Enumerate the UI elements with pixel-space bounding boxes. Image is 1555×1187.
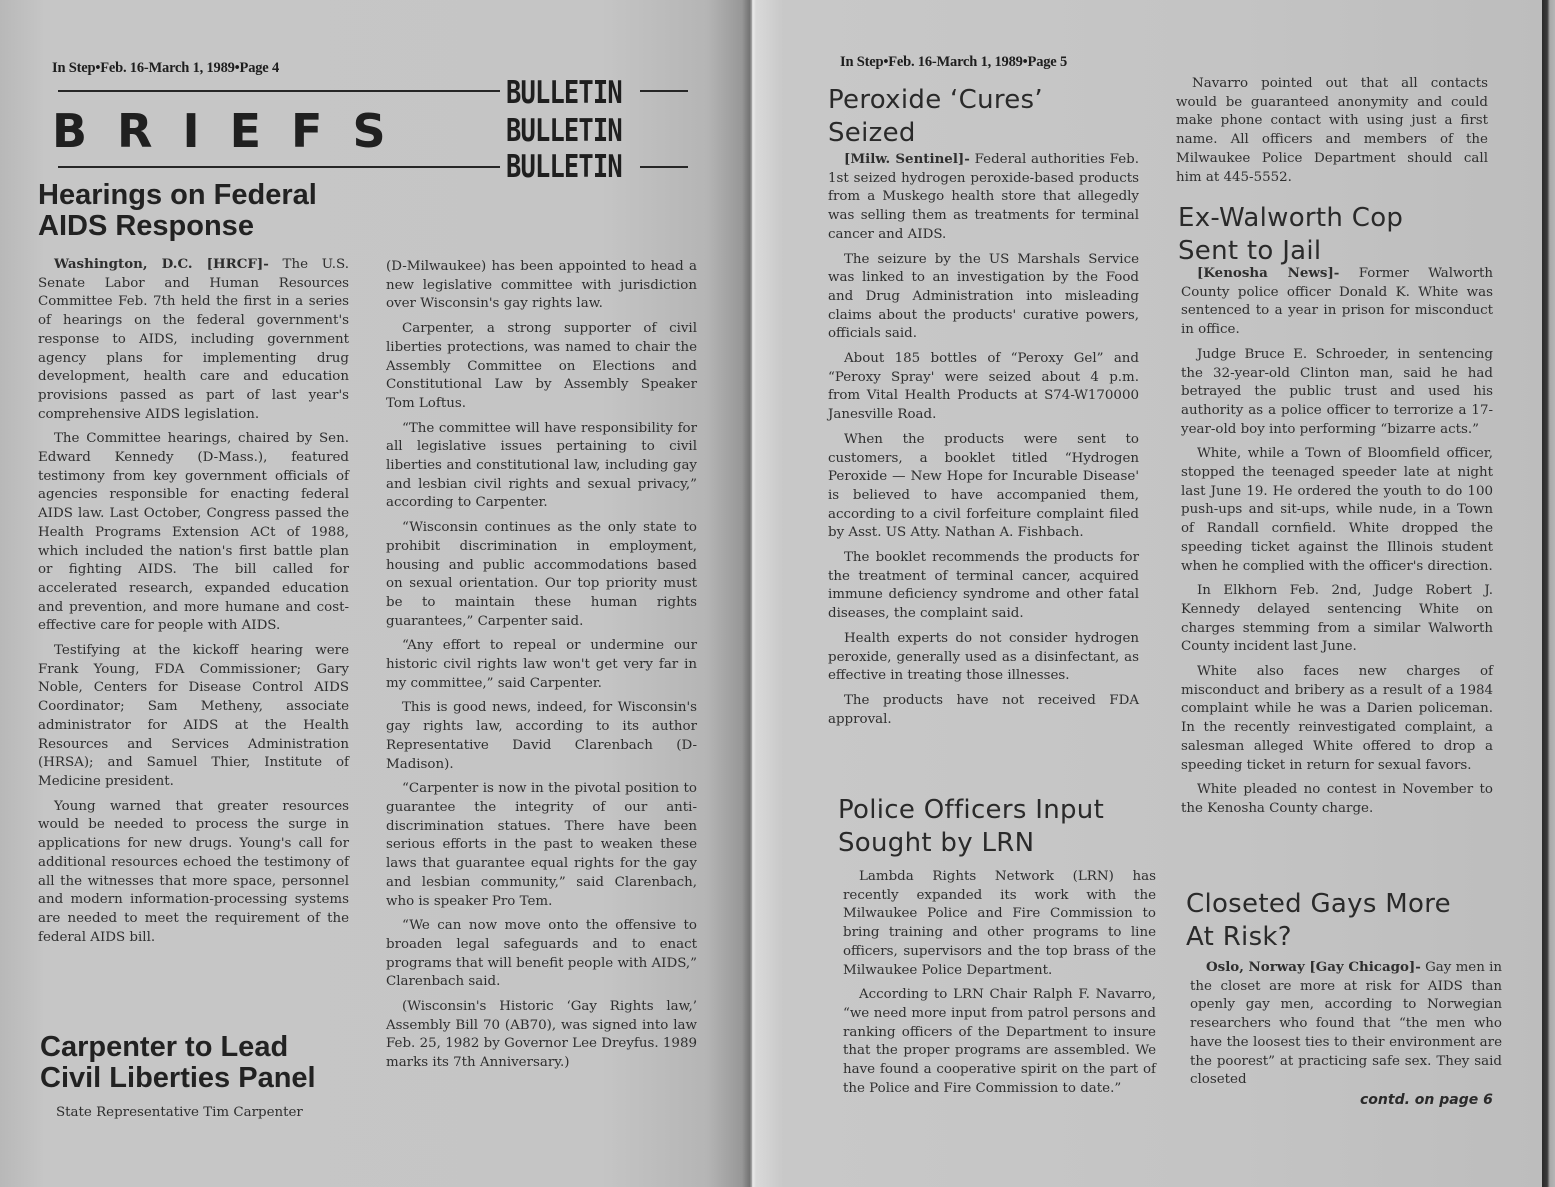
article-peroxide-body: [Milw. Sentinel]- Federal authorities Fe… xyxy=(828,150,1139,735)
headline-carpenter: Carpenter to Lead Civil Liberties Panel xyxy=(40,1032,316,1094)
newspaper-spread: In Step•Feb. 16-March 1, 1989•Page 4 BRI… xyxy=(0,0,1555,1187)
article-walworth-body: [Kenosha News]- Former Walworth County p… xyxy=(1181,264,1493,825)
bulletin-label-2: BULLETIN xyxy=(506,116,622,147)
paragraph: When the products were sent to customers… xyxy=(828,431,1139,543)
paragraph: According to LRN Chair Ralph F. Navarro,… xyxy=(843,986,1156,1098)
masthead-rule-bottom-right xyxy=(640,166,688,168)
page-edge xyxy=(1542,0,1555,1187)
paragraph: The products have not received FDA appro… xyxy=(828,692,1139,729)
section-title-briefs: BRIEFS xyxy=(52,104,416,158)
headline-police-input: Police Officers Input Sought by LRN xyxy=(838,794,1104,860)
paragraph: Oslo, Norway [Gay Chicago]- Gay men in t… xyxy=(1190,958,1502,1090)
paragraph: “The committee will have responsibility … xyxy=(386,420,697,514)
paragraph: About 185 bottles of “Peroxy Gel” and “P… xyxy=(828,350,1139,425)
paragraph: Young warned that greater resources woul… xyxy=(38,798,349,948)
continued-jump-line: contd. on page 6 xyxy=(1360,1092,1493,1108)
paragraph: Carpenter, a strong supporter of civil l… xyxy=(386,320,697,414)
paragraph: Lambda Rights Network (LRN) has recently… xyxy=(843,868,1156,980)
paragraph: This is good news, indeed, for Wisconsin… xyxy=(386,699,697,774)
headline-walworth: Ex-Walworth Cop Sent to Jail xyxy=(1178,202,1403,268)
paragraph: White pleaded no contest in November to … xyxy=(1181,781,1493,818)
masthead-rule-bottom xyxy=(58,166,500,168)
headline-hearings: Hearings on Federal AIDS Response xyxy=(38,180,317,242)
folio-page-4: In Step•Feb. 16-March 1, 1989•Page 4 xyxy=(52,60,279,77)
paragraph: Testifying at the kickoff hearing were F… xyxy=(38,642,349,792)
paragraph: Judge Bruce E. Schroeder, in sentencing … xyxy=(1181,346,1493,440)
paragraph: The seizure by the US Marshals Service w… xyxy=(828,251,1139,345)
paragraph: (D-Milwaukee) has been appointed to head… xyxy=(386,258,697,314)
article-police-body-cont: Navarro pointed out that all contacts wo… xyxy=(1176,75,1488,193)
paragraph: Washington, D.C. [HRCF]- The U.S. Senate… xyxy=(38,255,349,424)
article-carpenter-intro: State Representative Tim Carpenter xyxy=(40,1104,351,1129)
paragraph: Navarro pointed out that all contacts wo… xyxy=(1176,75,1488,187)
paragraph: White also faces new charges of miscondu… xyxy=(1181,663,1493,775)
headline-peroxide: Peroxide ‘Cures’ Seized xyxy=(828,84,1043,150)
paragraph: (Wisconsin's Historic ‘Gay Rights law,’ … xyxy=(386,998,697,1073)
article-hearings-body: Washington, D.C. [HRCF]- The U.S. Senate… xyxy=(38,255,349,953)
masthead-rule-top xyxy=(58,90,500,92)
headline-closeted: Closeted Gays More At Risk? xyxy=(1186,888,1451,954)
folio-page-5: In Step•Feb. 16-March 1, 1989•Page 5 xyxy=(840,54,1067,71)
paragraph: White, while a Town of Bloomfield office… xyxy=(1181,445,1493,576)
paragraph: [Kenosha News]- Former Walworth County p… xyxy=(1181,264,1493,340)
paragraph: “Carpenter is now in the pivotal positio… xyxy=(386,780,697,911)
paragraph: “Any effort to repeal or undermine our h… xyxy=(386,637,697,693)
paragraph: State Representative Tim Carpenter xyxy=(40,1104,351,1123)
article-carpenter-body: (D-Milwaukee) has been appointed to head… xyxy=(386,258,697,1079)
paragraph: The booklet recommends the products for … xyxy=(828,549,1139,624)
masthead-rule-top-right xyxy=(640,90,688,92)
paragraph: [Milw. Sentinel]- Federal authorities Fe… xyxy=(828,150,1139,245)
bulletin-label-1: BULLETIN xyxy=(506,78,622,109)
paragraph: In Elkhorn Feb. 2nd, Judge Robert J. Ken… xyxy=(1181,582,1493,657)
article-closeted-body: Oslo, Norway [Gay Chicago]- Gay men in t… xyxy=(1190,958,1502,1096)
gutter-fold xyxy=(742,0,756,1187)
paragraph: “We can now move onto the offensive to b… xyxy=(386,917,697,992)
bulletin-label-3: BULLETIN xyxy=(506,152,622,183)
paragraph: The Committee hearings, chaired by Sen. … xyxy=(38,430,349,636)
article-police-body: Lambda Rights Network (LRN) has recently… xyxy=(843,868,1156,1104)
paragraph: Health experts do not consider hydrogen … xyxy=(828,630,1139,686)
paragraph: “Wisconsin continues as the only state t… xyxy=(386,519,697,631)
